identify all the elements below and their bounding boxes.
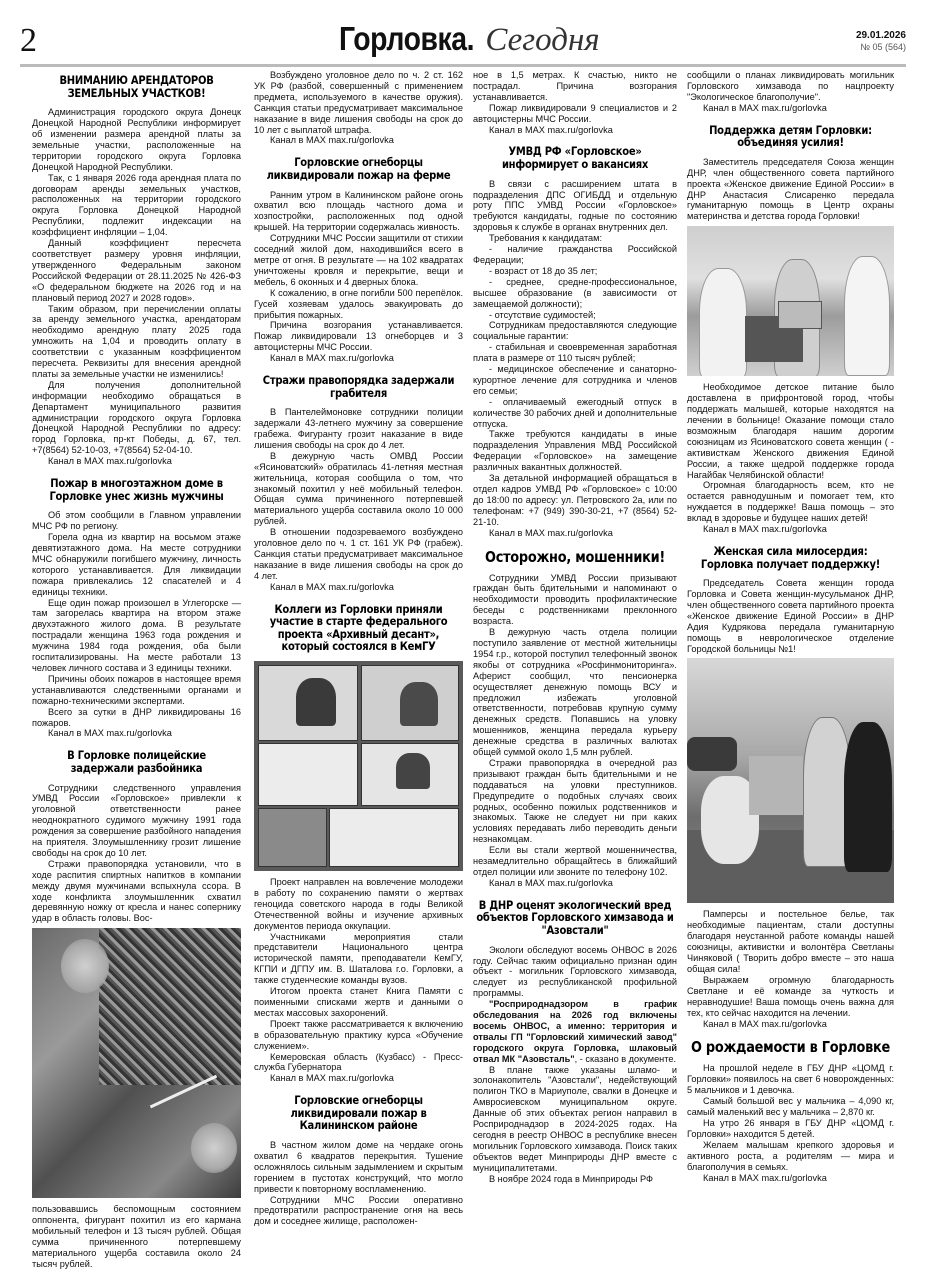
paragraph: В частном жилом доме на чердаке огонь ох… xyxy=(254,1140,463,1195)
paragraph: Всего за сутки в ДНР ликвидированы 16 по… xyxy=(32,707,241,729)
article-archive-landing: Коллеги из Горловки приняли участие в ст… xyxy=(254,603,463,1085)
channel-link[interactable]: Канал в MAX max.ru/gorlovka xyxy=(473,528,677,539)
paragraph: Огромная благодарность всем, кто не оста… xyxy=(687,480,894,524)
paragraph: Ранним утром в Калининском районе огонь … xyxy=(254,190,463,234)
title-main: Горловка. xyxy=(339,22,474,55)
article-birth-rate: О рождаемости в Горловке На прошлой неде… xyxy=(687,1039,894,1183)
paragraph: Горела одна из квартир на восьмом этаже … xyxy=(32,532,241,597)
paragraph: - медицинское обеспечение и санаторно-ку… xyxy=(473,364,677,397)
blurred-face xyxy=(191,1123,237,1173)
channel-link[interactable]: Канал в MAX max.ru/gorlovka xyxy=(254,1073,463,1084)
paragraph: Выражаем огромную благодарность Светлане… xyxy=(687,975,894,1019)
person-white-coat xyxy=(699,268,747,376)
article-headline: Горловские огнеборцы ликвидировали пожар… xyxy=(257,156,461,181)
article-headline: Стражи правопорядка задержали грабителя xyxy=(257,374,461,399)
paragraph: пользовавшись беспомощным состоянием опп… xyxy=(32,1204,241,1269)
photo-video-conference xyxy=(254,661,463,871)
carpet-pattern xyxy=(99,928,241,1085)
article-headline: Женская сила милосердия: Горловка получа… xyxy=(689,545,891,570)
channel-link[interactable]: Канал в MAX max.ru/gorlovka xyxy=(687,1019,894,1030)
channel-link[interactable]: Канал в MAX max.ru/gorlovka xyxy=(32,728,241,739)
paragraph: Желаем малышам крепкого здоровья и актив… xyxy=(687,1140,894,1173)
photo-humanitarian-aid-hospital xyxy=(687,226,894,376)
column-3: ное в 1,5 метрах. К счастью, никто не по… xyxy=(473,70,677,1185)
paragraph: Для получения дополнительной информации … xyxy=(32,380,241,456)
paragraph: В дежурную часть ОМВД России «Ясиноватск… xyxy=(254,451,463,527)
channel-link[interactable]: Канал в MAX max.ru/gorlovka xyxy=(687,524,894,535)
paragraph: сообщили о планах ликвидировать могильни… xyxy=(687,70,894,103)
paragraph: Так, с 1 января 2026 года арендная плата… xyxy=(32,173,241,238)
channel-link[interactable]: Канал в MAX max.ru/gorlovka xyxy=(254,353,463,364)
article-headline: Коллеги из Горловки приняли участие в ст… xyxy=(257,603,461,653)
channel-link[interactable]: Канал в MAX max.ru/gorlovka xyxy=(254,135,463,146)
article-fraud-warning: Осторожно, мошенники! Сотрудники УМВД Ро… xyxy=(473,549,677,889)
channel-link[interactable]: Канал в MAX max.ru/gorlovka xyxy=(473,878,677,889)
issue-info: 29.01.2026 № 05 (564) xyxy=(856,30,906,53)
article-police-vacancies: УМВД РФ «Горловское» информирует о вакан… xyxy=(473,145,677,538)
paragraph: Также требуются кандидаты в иные подразд… xyxy=(473,429,677,473)
photo-humanitarian-aid-outdoor xyxy=(687,658,894,903)
article-women-mercy: Женская сила милосердия: Горловка получа… xyxy=(687,545,894,1030)
paragraph: В отношении подозреваемого возбуждено уг… xyxy=(254,527,463,582)
paragraph: Необходимое детское питание было доставл… xyxy=(687,382,894,480)
paragraph: За детальной информацией обращаться в от… xyxy=(473,473,677,528)
paragraph: В плане также указаны шламо- и золонакоп… xyxy=(473,1065,677,1174)
video-tile xyxy=(258,743,358,806)
paragraph: - стабильная и своевременная заработная … xyxy=(473,342,677,364)
paragraph: - наличие гражданства Российской Федерац… xyxy=(473,244,677,266)
paragraph: Сотрудники МЧС России оперативно предотв… xyxy=(254,1195,463,1228)
article-farm-fire: Горловские огнеборцы ликвидировали пожар… xyxy=(254,156,463,364)
article-headline: Поддержка детям Горловки: объединяя усил… xyxy=(689,124,891,149)
paragraph: На прошлой неделе в ГБУ ДНР «ЦОМД г. Гор… xyxy=(687,1063,894,1096)
paragraph: Таким образом, при перечислении оплаты з… xyxy=(32,304,241,380)
paragraph: Итогом проекта станет Книга Памяти с пои… xyxy=(254,986,463,1019)
column-4: сообщили о планах ликвидировать могильни… xyxy=(687,70,894,1193)
paragraph: В Пантелеймоновке сотрудники полиции зад… xyxy=(254,407,463,451)
channel-link[interactable]: Канал в MAX max.ru/gorlovka xyxy=(32,456,241,467)
paragraph: Самый большой вес у мальчика – 4,090 кг,… xyxy=(687,1096,894,1118)
channel-link[interactable]: Канал в MAX max.ru/gorlovka xyxy=(473,125,677,136)
paragraph: Проект также рассматривается к включению… xyxy=(254,1019,463,1052)
column-1: ВНИМАНИЮ АРЕНДАТОРОВ ЗЕМЕЛЬНЫХ УЧАСТКОВ!… xyxy=(32,70,241,1270)
boxes xyxy=(749,756,803,815)
video-tile xyxy=(329,808,459,867)
quote-paragraph: "Росприроднадзором в график обследования… xyxy=(473,999,677,1064)
header-divider xyxy=(20,64,906,67)
paragraph: ное в 1,5 метрах. К счастью, никто не по… xyxy=(473,70,677,103)
channel-link[interactable]: Канал в MAX max.ru/gorlovka xyxy=(254,582,463,593)
paragraph: Еще один пожар произошел в Углегорске — … xyxy=(32,598,241,674)
paragraph: - возраст от 18 до 35 лет; xyxy=(473,266,677,277)
participant xyxy=(296,678,336,726)
title-script: Сегодня xyxy=(485,22,599,58)
column-2: Возбуждено уголовное дело по ч. 2 ст. 16… xyxy=(254,70,463,1227)
paragraph: Причина возгорания устанавливается. Пожа… xyxy=(254,320,463,353)
paragraph: Сотрудникам предоставляются следующие со… xyxy=(473,320,677,342)
paragraph: В ноябре 2024 года в Минприроды РФ xyxy=(473,1174,677,1185)
article-ecology-damage: В ДНР оценят экологический вред объектов… xyxy=(473,899,677,1185)
article-headline: Пожар в многоэтажном доме в Горловке уне… xyxy=(35,477,239,502)
newspaper-title: Горловка.Сегодня xyxy=(0,22,928,57)
paragraph: Кемеровская область (Кузбасс) - Пресс-сл… xyxy=(254,1052,463,1074)
article-headline: В ДНР оценят экологический вред объектов… xyxy=(475,899,675,937)
article-headline: УМВД РФ «Горловское» информирует о вакан… xyxy=(475,145,675,170)
paragraph: Если вы стали жертвой мошенничества, нез… xyxy=(473,845,677,878)
quote-tail: , - сказано в документе. xyxy=(575,1054,676,1064)
article-robber-caught: Стражи правопорядка задержали грабителя … xyxy=(254,374,463,593)
paragraph: В связи с расширением штата в подразделе… xyxy=(473,179,677,234)
article-kalininsky-fire: Горловские огнеборцы ликвидировали пожар… xyxy=(254,1094,463,1227)
blurred-face xyxy=(61,939,109,993)
paragraph: На утро 26 января в ГБУ ДНР «ЦОМД г. Гор… xyxy=(687,1118,894,1140)
paragraph: Проект направлен на вовлечение молодежи … xyxy=(254,877,463,932)
issue-date: 29.01.2026 xyxy=(856,30,906,42)
channel-link[interactable]: Канал в MAX max.ru/gorlovka xyxy=(687,1173,894,1184)
paragraph: В дежурную часть отдела полиции поступил… xyxy=(473,627,677,758)
article-headline: ВНИМАНИЮ АРЕНДАТОРОВ ЗЕМЕЛЬНЫХ УЧАСТКОВ! xyxy=(35,74,239,99)
participant xyxy=(396,753,430,789)
paragraph: Сотрудники следственного управления УМВД… xyxy=(32,783,241,859)
paragraph: Об этом сообщили в Главном управлении МЧ… xyxy=(32,510,241,532)
parked-car xyxy=(687,737,737,771)
paragraph: Пожар ликвидировали 9 специалистов и 2 а… xyxy=(473,103,677,125)
paragraph: Экологи обследуют восемь ОНВОС в 2026 го… xyxy=(473,945,677,1000)
person-dark-coat xyxy=(844,722,892,872)
paragraph: Председатель Совета женщин города Горлов… xyxy=(687,578,894,654)
gift-box xyxy=(778,301,822,329)
paragraph: - оплачиваемый ежегодный отпуск в количе… xyxy=(473,397,677,430)
person-white-coat xyxy=(844,256,890,376)
paragraph: - отсутствие судимостей; xyxy=(473,310,677,321)
paragraph: Причины обоих пожаров в настоящее время … xyxy=(32,674,241,707)
paragraph: Сотрудники УМВД России призывают граждан… xyxy=(473,573,677,628)
article-land-lease: ВНИМАНИЮ АРЕНДАТОРОВ ЗЕМЕЛЬНЫХ УЧАСТКОВ!… xyxy=(32,74,241,467)
paragraph: Сотрудники МЧС России защитили от стихии… xyxy=(254,233,463,288)
paragraph: Возбуждено уголовное дело по ч. 2 ст. 16… xyxy=(254,70,463,135)
photo-robbery-scene xyxy=(32,928,241,1198)
participant xyxy=(400,682,438,726)
article-children-support: Поддержка детям Горловки: объединяя усил… xyxy=(687,124,894,535)
article-robber-detained: В Горловке полицейские задержали разбойн… xyxy=(32,749,241,1269)
paragraph: Стражи правопорядка установили, что в хо… xyxy=(32,859,241,924)
paragraph: Данный коэффициент пересчета соответству… xyxy=(32,238,241,303)
paragraph: К сожалению, в огне погибли 500 перепёло… xyxy=(254,288,463,321)
paragraph: Памперсы и постельное белье, так необход… xyxy=(687,909,894,974)
article-headline: Осторожно, мошенники! xyxy=(475,549,675,565)
paragraph: Стражи правопорядка в очередной раз приз… xyxy=(473,758,677,845)
paragraph: - среднее, средне-профессиональное, высш… xyxy=(473,277,677,310)
article-headline: Горловские огнеборцы ликвидировали пожар… xyxy=(257,1094,461,1132)
paragraph: Заместитель председателя Союза женщин ДН… xyxy=(687,157,894,222)
article-fire-highrise: Пожар в многоэтажном доме в Горловке уне… xyxy=(32,477,241,739)
channel-link[interactable]: Канал в MAX max.ru/gorlovka xyxy=(687,103,894,114)
paragraph: Администрация городского округа Донецк Д… xyxy=(32,107,241,172)
masthead: 2 Горловка.Сегодня 29.01.2026 № 05 (564) xyxy=(0,0,928,66)
article-headline: В Горловке полицейские задержали разбойн… xyxy=(35,749,239,774)
article-headline: О рождаемости в Горловке xyxy=(689,1039,891,1055)
issue-number: № 05 (564) xyxy=(856,42,906,53)
paragraph: Требования к кандидатам: xyxy=(473,233,677,244)
paragraph: Участниками мероприятия стали представит… xyxy=(254,932,463,987)
video-tile xyxy=(258,808,327,867)
